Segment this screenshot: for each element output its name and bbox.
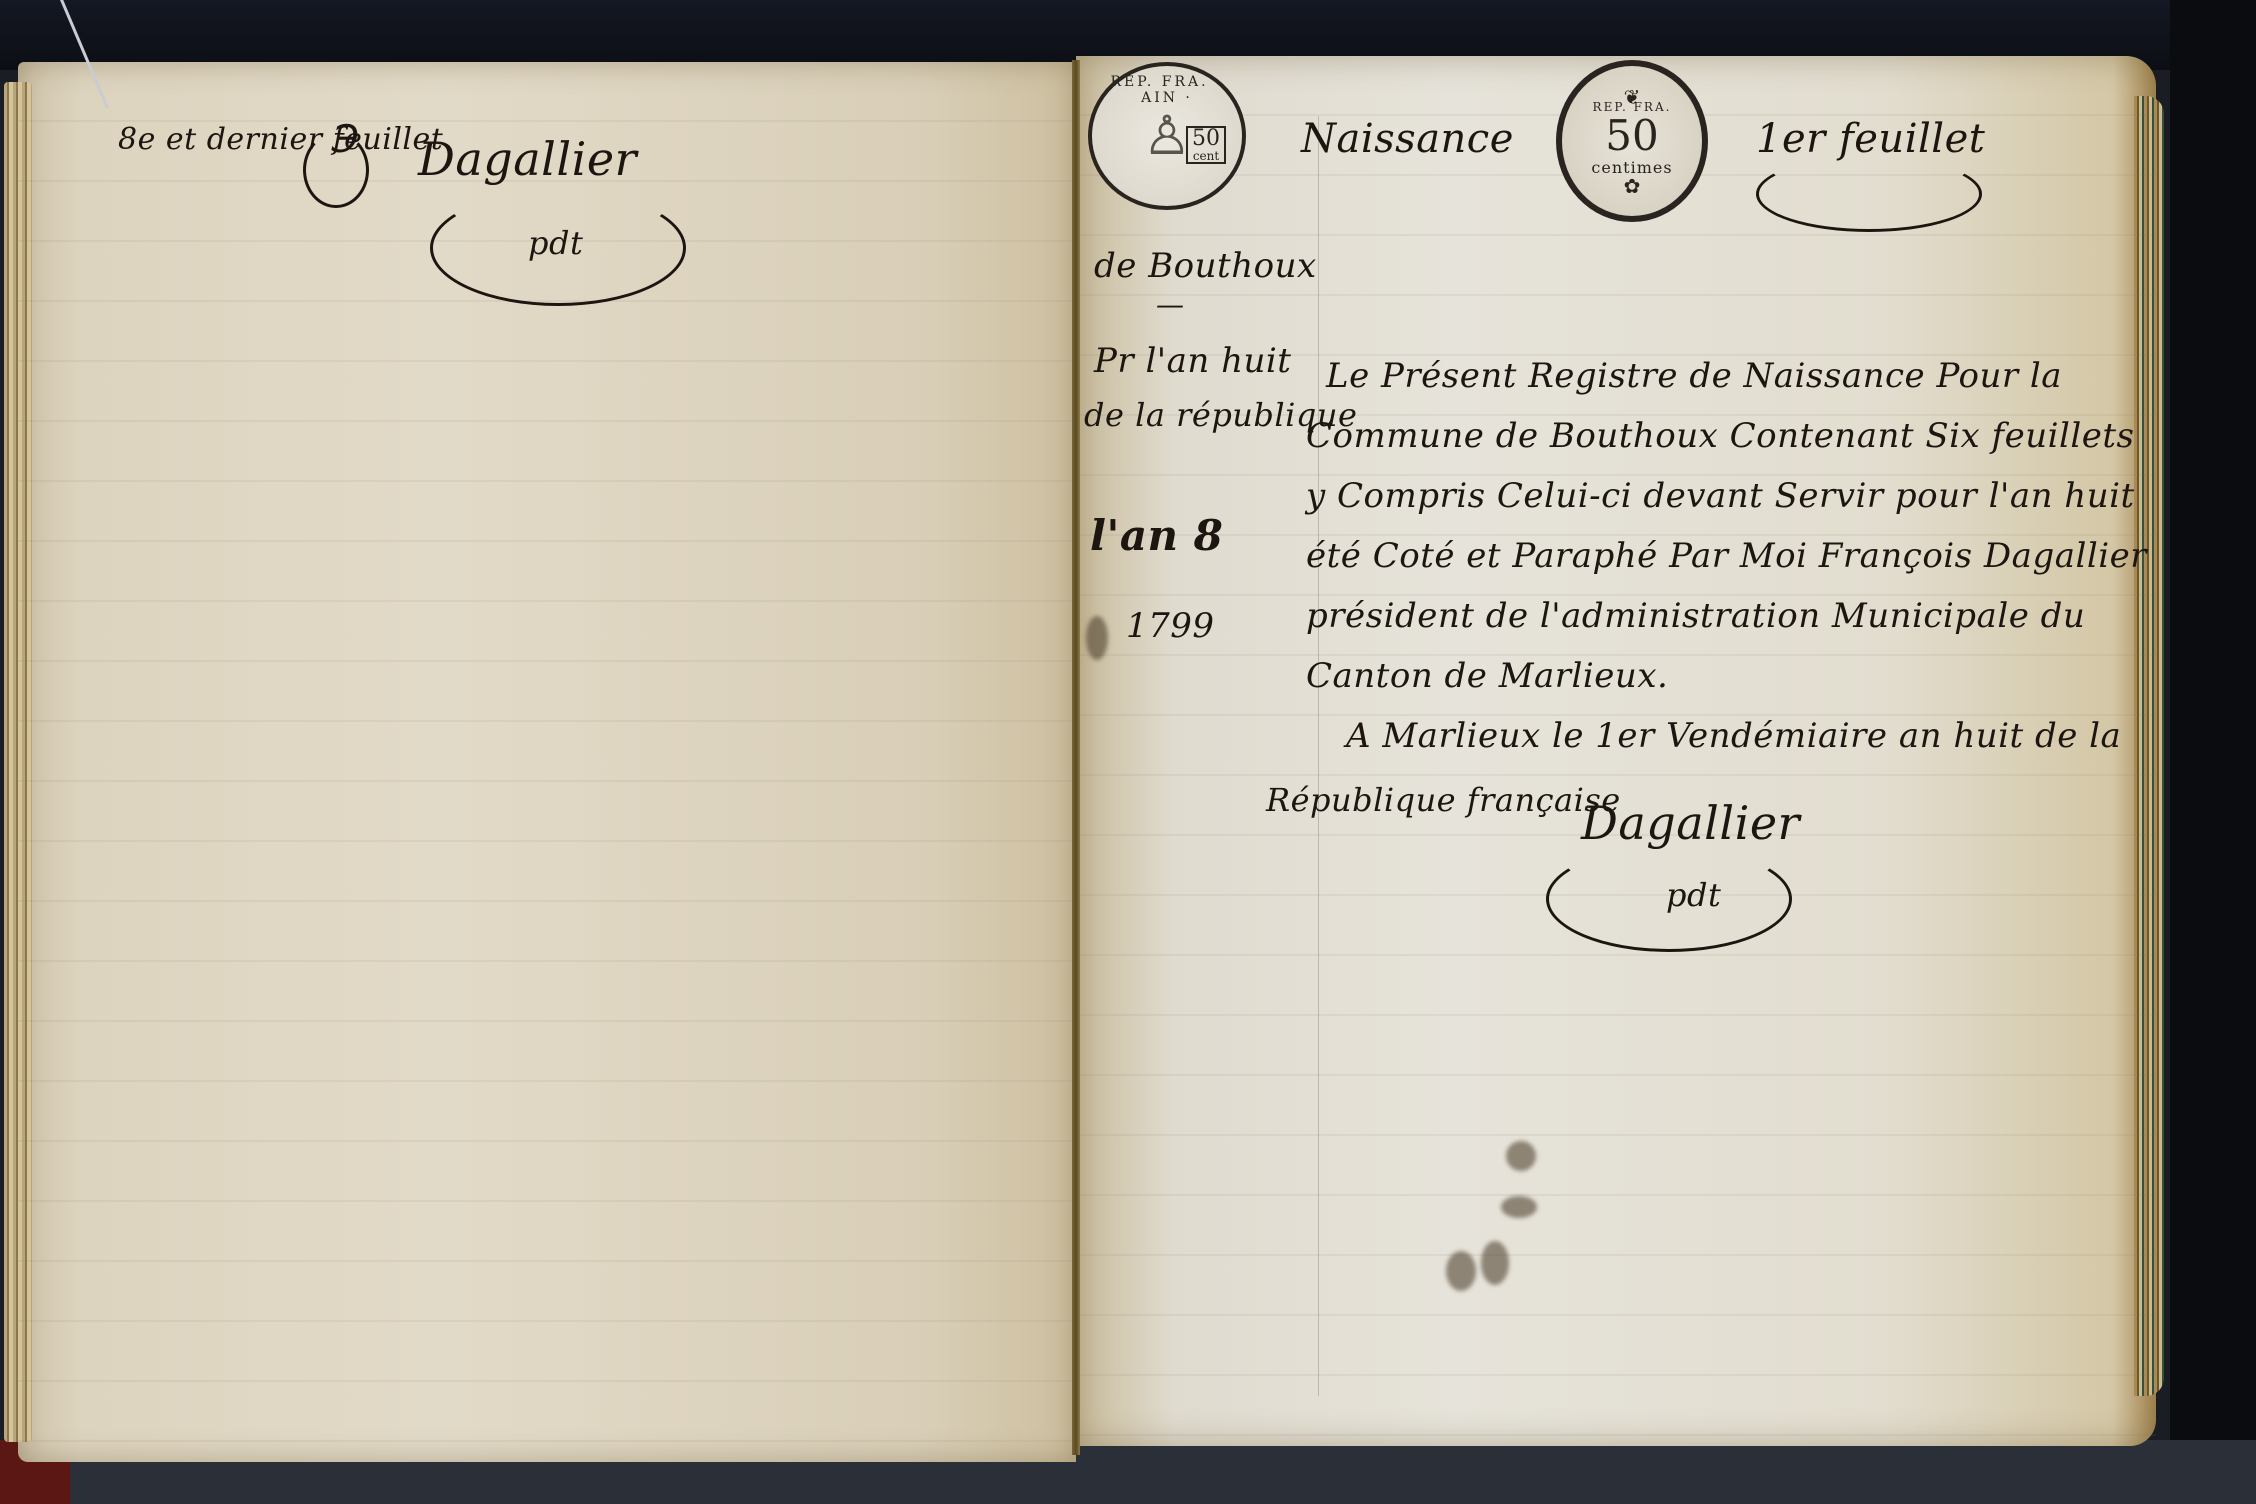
body-line-5: président de l'administration Municipale… bbox=[1306, 596, 2085, 636]
body-line-8: République française bbox=[1266, 781, 1621, 819]
stamp-unit: cent bbox=[1192, 150, 1220, 162]
left-header-note: 8e et dernier feuillet bbox=[118, 122, 443, 157]
body-line-4: été Coté et Paraphé Par Moi François Dag… bbox=[1306, 536, 2147, 576]
left-page: 8e et dernier feuillet ℈ Dagallier pdt bbox=[18, 62, 1076, 1462]
right-signature-name: Dagallier bbox=[1581, 796, 1800, 850]
stamp-value: 50 bbox=[1605, 114, 1658, 158]
stamp-value-box: 50 cent bbox=[1186, 126, 1226, 164]
left-page-edge-stack bbox=[4, 82, 32, 1442]
margin-note-commune: de Bouthoux bbox=[1094, 246, 1317, 286]
foxing-stain bbox=[1481, 1241, 1509, 1285]
foxing-stain bbox=[1446, 1251, 1476, 1291]
backdrop-right bbox=[2170, 0, 2256, 1504]
margin-note-rule: — bbox=[1156, 288, 1185, 321]
right-page: REP. FRA. · AIN · ♙ 50 cent Naissance ❦ … bbox=[1076, 56, 2156, 1446]
foxing-stain bbox=[1506, 1141, 1536, 1171]
left-signature-name: Dagallier bbox=[418, 132, 637, 186]
seated-figure-icon: ♙ bbox=[1143, 109, 1191, 163]
margin-note-year: Pr l'an huit bbox=[1094, 341, 1291, 381]
register-type-header: Naissance bbox=[1301, 116, 1514, 162]
folio-flourish bbox=[1756, 156, 1982, 232]
margin-rule bbox=[1318, 116, 1319, 1396]
paraph-flourish bbox=[303, 132, 369, 208]
stamp-value: 50 bbox=[1192, 126, 1220, 151]
foxing-stain bbox=[1501, 1196, 1537, 1218]
margin-note-an-8: l'an 8 bbox=[1090, 511, 1223, 560]
left-signature-title: pdt bbox=[528, 224, 583, 262]
margin-note-gregorian-year: 1799 bbox=[1126, 606, 1215, 646]
body-line-7: A Marlieux le 1er Vendémiaire an huit de… bbox=[1346, 716, 2121, 756]
body-line-1: Le Présent Registre de Naissance Pour la bbox=[1326, 356, 2062, 396]
tax-stamp-ain: REP. FRA. · AIN · ♙ 50 cent bbox=[1088, 62, 1246, 210]
body-line-6: Canton de Marlieux. bbox=[1306, 656, 1668, 696]
body-line-3: y Compris Celui-ci devant Servir pour l'… bbox=[1306, 476, 2135, 516]
right-page-edge-stack bbox=[2134, 96, 2164, 1396]
body-line-2: Commune de Bouthoux Contenant Six feuill… bbox=[1306, 416, 2134, 456]
book-spine-gutter bbox=[1072, 60, 1080, 1455]
wreath-icon: ✿ bbox=[1624, 177, 1641, 195]
tax-stamp-50-centimes: ❦ REP. FRA. 50 centimes ✿ bbox=[1556, 60, 1708, 222]
right-signature-title: pdt bbox=[1666, 876, 1721, 914]
stamp-inscription: REP. FRA. · AIN · bbox=[1092, 74, 1242, 106]
ink-stain bbox=[1086, 616, 1108, 660]
